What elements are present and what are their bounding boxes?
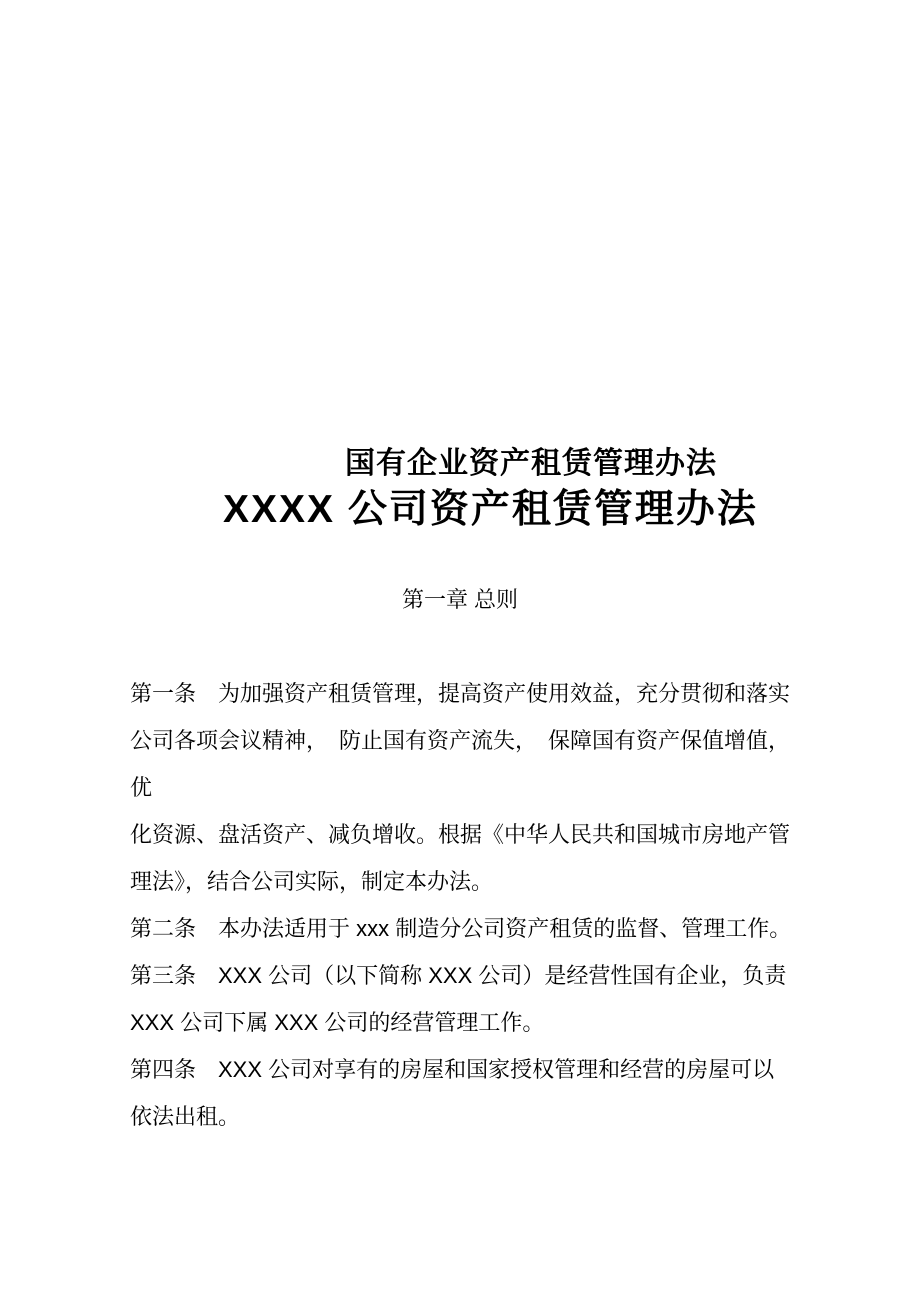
body-line: 理法》，结合公司实际，制定本办法。 [130,858,798,905]
chapter-heading: 第一章 总则 [0,583,920,614]
body-line: 化资源、盘活资产、减负增收。根据《中华人民共和国城市房地产管 [130,811,798,858]
body-line: 依法出租。 [130,1093,798,1140]
document-title: XXXX 公司资产租赁管理办法 [223,478,758,534]
document-subtitle: 国有企业资产租赁管理办法 [345,438,717,482]
body-line: 第一条 为加强资产租赁管理，提高资产使用效益，充分贯彻和落实 [130,670,798,717]
body-line: XXX 公司下属 XXX 公司的经营管理工作。 [130,999,798,1046]
body-line: 第三条 XXX 公司（以下简称 XXX 公司）是经营性国有企业，负责 [130,952,798,999]
body-line: 公司各项会议精神， 防止国有资产流失， 保障国有资产保值增值， [130,717,798,764]
body-line: 第二条 本办法适用于 xxx 制造分公司资产租赁的监督、管理工作。 [130,905,798,952]
body-line: 第四条 XXX 公司对享有的房屋和国家授权管理和经营的房屋可以 [130,1046,798,1093]
document-body: 第一条 为加强资产租赁管理，提高资产使用效益，充分贯彻和落实 公司各项会议精神，… [130,670,798,1140]
document-page: 国有企业资产租赁管理办法 XXXX 公司资产租赁管理办法 第一章 总则 第一条 … [0,0,920,1303]
body-line: 优 [130,764,798,811]
